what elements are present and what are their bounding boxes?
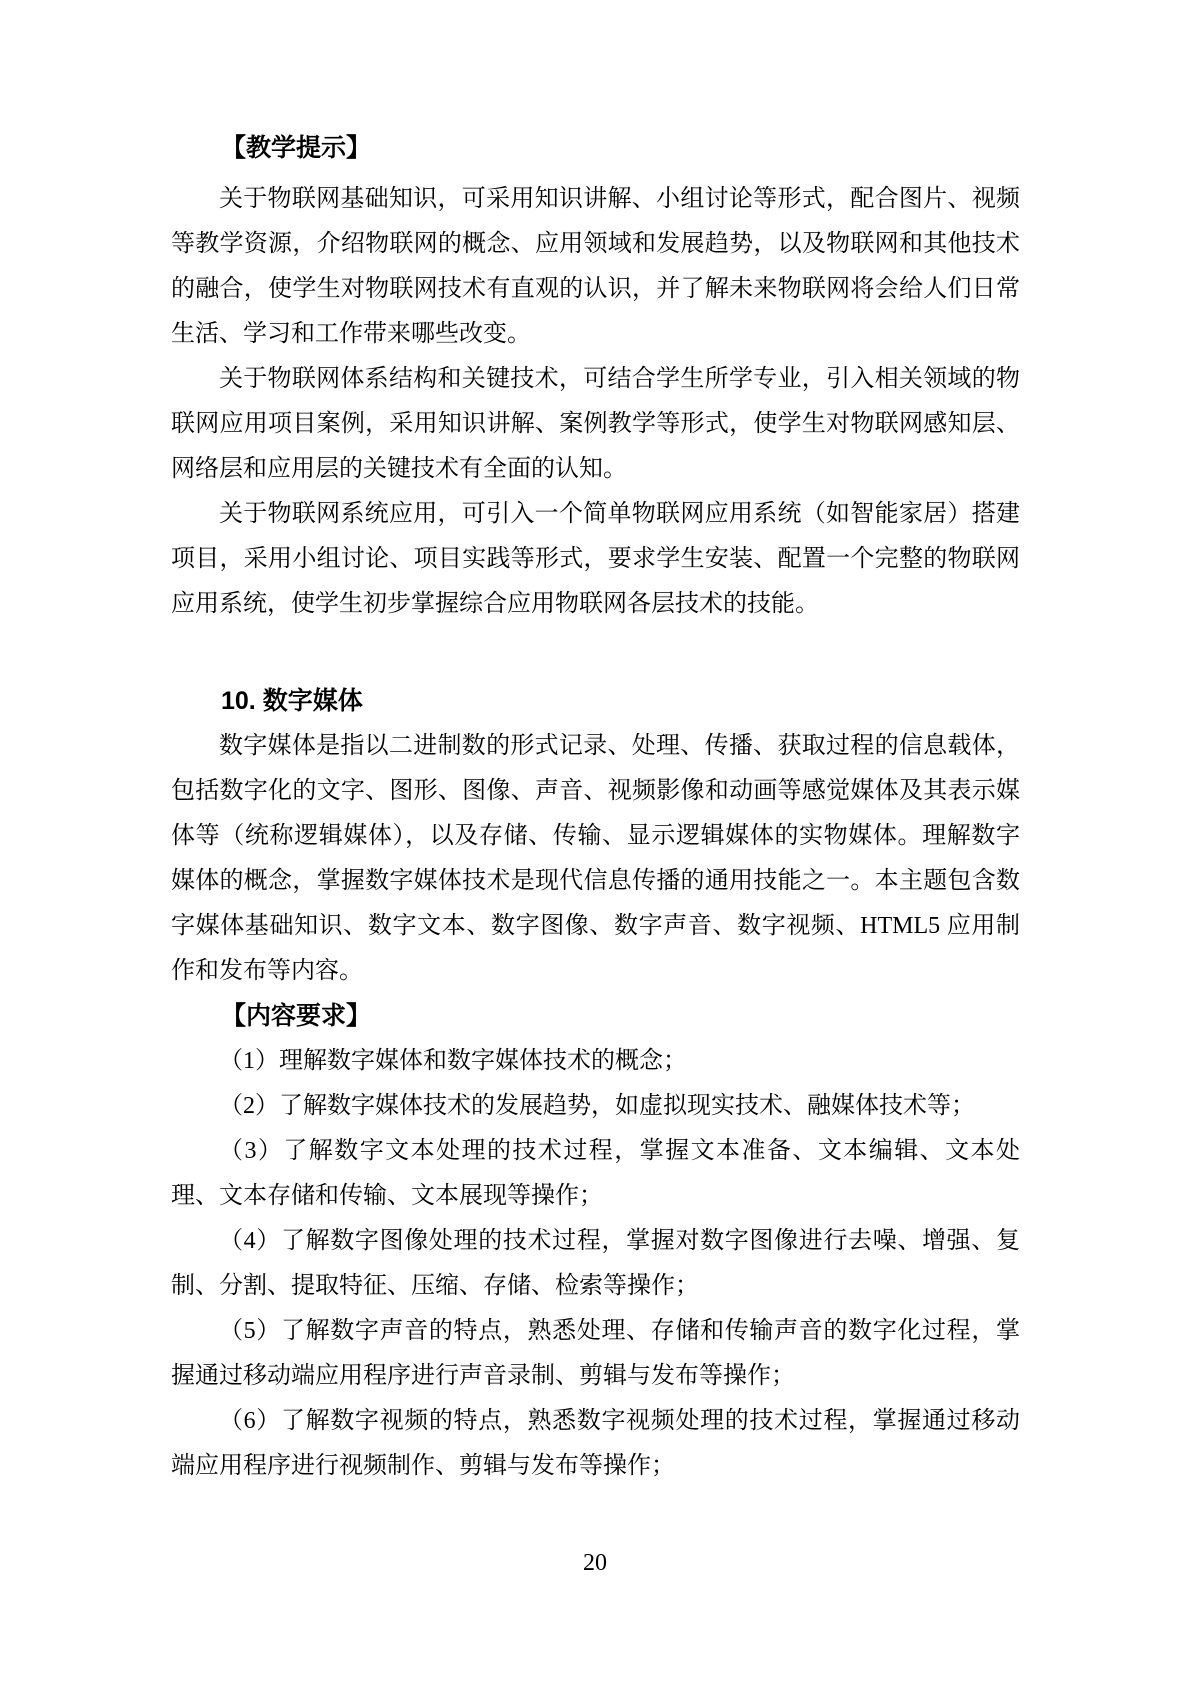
teaching-tips-heading: 【教学提示】: [171, 126, 1020, 171]
document-page: 【教学提示】 关于物联网基础知识，可采用知识讲解、小组讨论等形式，配合图片、视频…: [0, 0, 1190, 1684]
digital-media-intro-paragraph: 数字媒体是指以二进制数的形式记录、处理、传播、获取过程的信息载体，包括数字化的文…: [171, 724, 1020, 994]
requirement-item-4: （4）了解数字图像处理的技术过程，掌握对数字图像进行去噪、增强、复制、分割、提取…: [171, 1219, 1020, 1309]
content-requirements-heading: 【内容要求】: [171, 994, 1020, 1039]
requirement-item-6: （6）了解数字视频的特点，熟悉数字视频处理的技术过程，掌握通过移动端应用程序进行…: [171, 1399, 1020, 1489]
page-number: 20: [0, 1548, 1190, 1578]
requirement-item-2: （2）了解数字媒体技术的发展趋势，如虚拟现实技术、融媒体技术等；: [171, 1084, 1020, 1129]
teaching-tips-paragraph-3: 关于物联网系统应用，可引入一个简单物联网应用系统（如智能家居）搭建项目，采用小组…: [171, 492, 1020, 627]
teaching-tips-paragraph-1: 关于物联网基础知识，可采用知识讲解、小组讨论等形式，配合图片、视频等教学资源，介…: [171, 177, 1020, 357]
requirement-item-3: （3）了解数字文本处理的技术过程，掌握文本准备、文本编辑、文本处理、文本存储和传…: [171, 1129, 1020, 1219]
page-content: 【教学提示】 关于物联网基础知识，可采用知识讲解、小组讨论等形式，配合图片、视频…: [171, 126, 1020, 1489]
topic-heading-digital-media: 10. 数字媒体: [171, 679, 1020, 724]
requirement-item-5: （5）了解数字声音的特点，熟悉处理、存储和传输声音的数字化过程，掌握通过移动端应…: [171, 1309, 1020, 1399]
requirement-item-1: （1）理解数字媒体和数字媒体技术的概念；: [171, 1039, 1020, 1084]
teaching-tips-paragraph-2: 关于物联网体系结构和关键技术，可结合学生所学专业，引入相关领域的物联网应用项目案…: [171, 357, 1020, 492]
